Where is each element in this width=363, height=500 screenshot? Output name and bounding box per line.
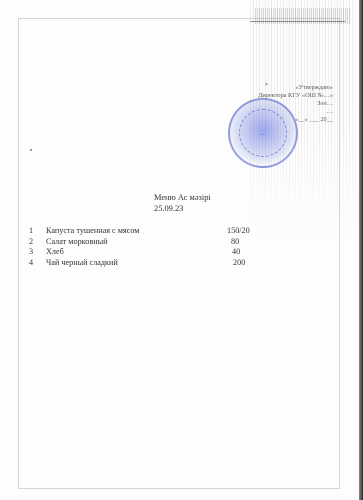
approval-line-4: …: [258, 108, 333, 116]
item-quantity: 150/20: [227, 226, 250, 237]
scanned-page: * … «Утверждаю» Директора КГУ «ОШ №…» Зо…: [0, 0, 363, 500]
menu-date: 25.09.23: [154, 203, 211, 214]
item-quantity: 80: [231, 237, 239, 248]
approval-line-2: Директора КГУ «ОШ №…»: [258, 92, 333, 100]
approval-line-1: «Утверждаю»: [258, 84, 333, 92]
scan-artifact-line: [250, 21, 345, 22]
stamp-text: …: [230, 130, 296, 137]
approval-date-line: «__» ___ 20__: [258, 116, 333, 124]
menu-title: Меню Ас мәзірі: [154, 192, 211, 203]
item-name: Салат морковный: [46, 237, 107, 248]
title-block: Меню Ас мәзірі 25.09.23: [154, 192, 211, 214]
item-name: Хлеб: [46, 247, 64, 258]
item-quantity: 200: [233, 258, 245, 269]
item-number: 1: [29, 226, 39, 237]
item-number: 3: [29, 247, 39, 258]
item-number: 4: [29, 258, 39, 269]
approval-line-3: Зоо…: [258, 100, 333, 108]
item-name: Чай черный сладкий: [46, 258, 118, 269]
item-number: 2: [29, 237, 39, 248]
item-quantity: 40: [232, 247, 240, 258]
dot-mark: [30, 149, 32, 151]
item-name: Капуста тушенная с мясом: [46, 226, 139, 237]
approval-block: «Утверждаю» Директора КГУ «ОШ №…» Зоо… ……: [258, 84, 333, 124]
scan-edge: [359, 0, 363, 500]
